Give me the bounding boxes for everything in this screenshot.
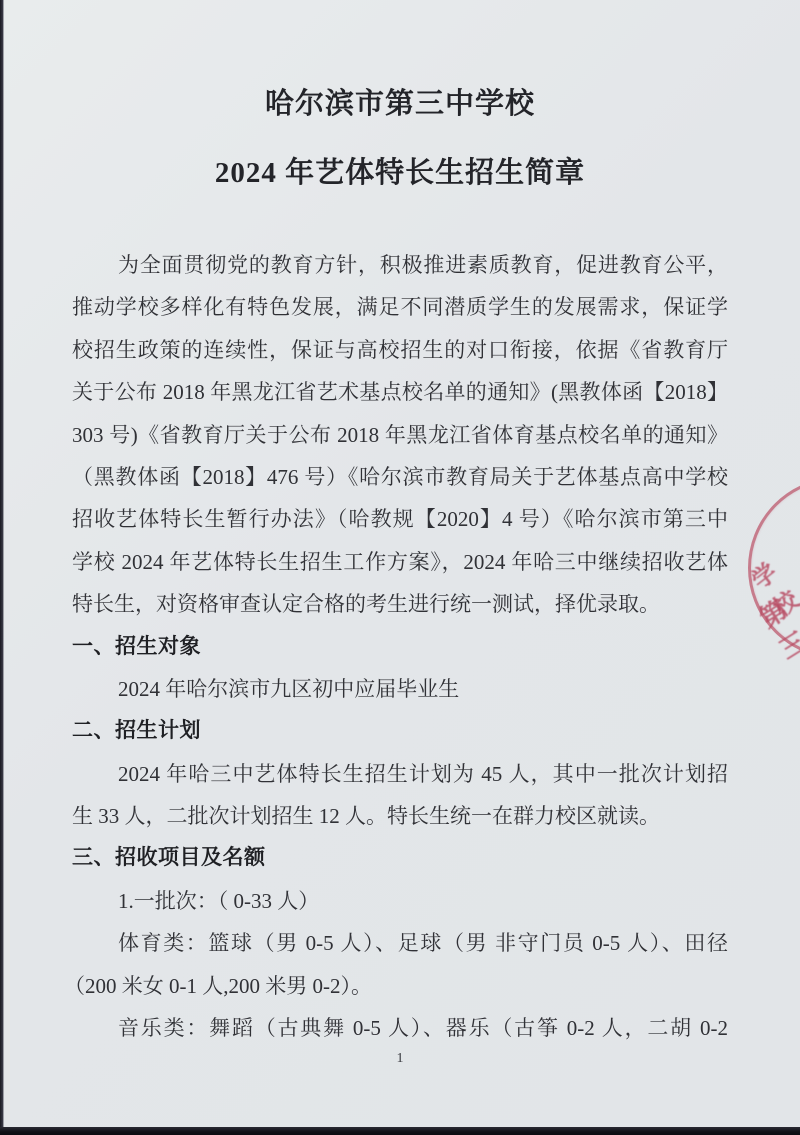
intro-line: 推动学校多样化有特色发展，满足不同潜质学生的发展需求，保证学: [72, 286, 728, 328]
section3-line: 1.一批次：（ 0-33 人）: [72, 880, 728, 922]
scan-edge-bottom: [0, 1127, 800, 1135]
scanned-document-page: 哈尔滨市第三中学校 2024 年艺体特长生招生简章 为全面贯彻党的教育方针，积极…: [0, 0, 800, 1135]
section-heading-programs-quota: 三、招收项目及名额: [72, 837, 728, 879]
section2-line: 生 33 人，二批次计划招生 12 人。特长生统一在群力校区就读。: [72, 795, 728, 837]
scan-edge-left: [0, 0, 4, 1135]
section3-line: 音乐类：舞蹈（古典舞 0-5 人）、器乐（古筝 0-2 人，二胡 0-2: [72, 1007, 728, 1049]
section-heading-recruitment-target: 一、招生对象: [72, 626, 728, 668]
intro-line: 303 号)《省教育厅关于公布 2018 年黑龙江省体育基点校名单的通知》: [72, 414, 728, 456]
page-number: 1: [72, 1051, 728, 1067]
section-heading-recruitment-plan: 二、招生计划: [72, 710, 728, 752]
intro-line: 关于公布 2018 年黑龙江省艺术基点校名单的通知》(黑教体函【2018】: [72, 371, 728, 413]
section3-line: （200 米女 0-1 人,200 米男 0-2）。: [64, 965, 728, 1007]
section3-line: 体育类：篮球（男 0-5 人）、足球（男 非守门员 0-5 人）、田径: [72, 922, 728, 964]
seal-glyphs: 学校: [743, 543, 800, 623]
intro-line: 招收艺体特长生暂行办法》（哈教规【2020】4 号）《哈尔滨市第三中: [72, 498, 728, 540]
seal-circle-border: [748, 477, 800, 659]
section1-line: 2024 年哈尔滨市九区初中应届毕业生: [72, 668, 728, 710]
intro-line: （黑教体函【2018】476 号）《哈尔滨市教育局关于艺体基点高中学校: [72, 456, 728, 498]
document-body: 哈尔滨市第三中学校 2024 年艺体特长生招生简章 为全面贯彻党的教育方针，积极…: [72, 0, 728, 1067]
section2-line: 2024 年哈三中艺体特长生招生计划为 45 人，其中一批次计划招: [72, 753, 728, 795]
intro-line: 学校 2024 年艺体特长生招生工作方案》，2024 年哈三中继续招收艺体: [72, 541, 728, 583]
seal-glyphs: 第三: [752, 587, 800, 666]
document-title: 哈尔滨市第三中学校: [72, 86, 728, 122]
document-text: 为全面贯彻党的教育方针，积极推进素质教育，促进教育公平， 推动学校多样化有特色发…: [72, 244, 728, 1049]
intro-line: 特长生，对资格审查认定合格的考生进行统一测试，择优录取。: [72, 583, 728, 625]
intro-line: 为全面贯彻党的教育方针，积极推进素质教育，促进教育公平，: [72, 244, 728, 286]
intro-line: 校招生政策的连续性，保证与高校招生的对口衔接，依据《省教育厅: [72, 329, 728, 371]
document-subtitle: 2024 年艺体特长生招生简章: [72, 155, 728, 191]
